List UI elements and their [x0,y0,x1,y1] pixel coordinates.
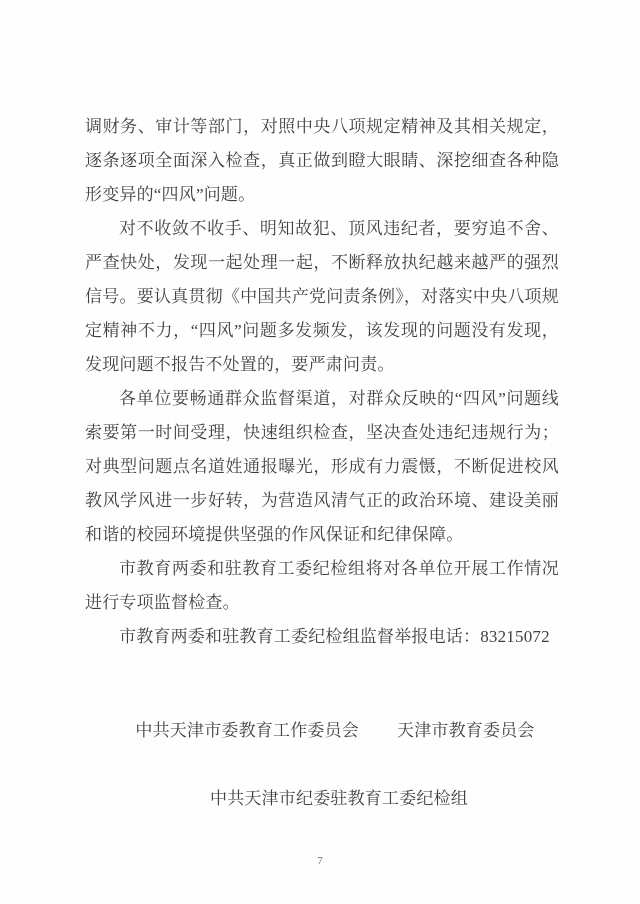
document-page: 调财务、审计等部门，对照中央八项规定精神及其相关规定，逐条逐项全面深入检查，真正… [0,0,640,904]
document-body: 调财务、审计等部门，对照中央八项规定精神及其相关规定，逐条逐项全面深入检查，真正… [85,110,559,816]
paragraph: 对不收敛不收手、明知故犯、顶风违纪者，要穷追不舍、严查快处，发现一起处理一起，不… [85,212,559,382]
paragraph: 各单位要畅通群众监督渠道，对群众反映的“四风”问题线索要第一时间受理，快速组织检… [85,382,559,552]
signature-org-party-education-work-committee: 中共天津市委教育工作委员会 [135,714,359,748]
paragraph-hotline: 市教育两委和驻教育工委纪检组监督举报电话：83215072 [85,620,559,654]
signature-org-discipline-inspection-group: 中共天津市纪委驻教育工委纪检组 [210,789,468,808]
paragraph: 市教育两委和驻教育工委纪检组将对各单位开展工作情况进行专项监督检查。 [85,552,559,620]
signature-org-education-committee: 天津市教育委员会 [397,714,535,748]
paragraph-continuation: 调财务、审计等部门，对照中央八项规定精神及其相关规定，逐条逐项全面深入检查，真正… [85,110,559,212]
signature-line-2: 中共天津市纪委驻教育工委纪检组 [102,782,576,816]
page-number: 7 [0,853,640,869]
signature-line-1: 中共天津市委教育工作委员会 天津市教育委员会 [98,714,572,748]
